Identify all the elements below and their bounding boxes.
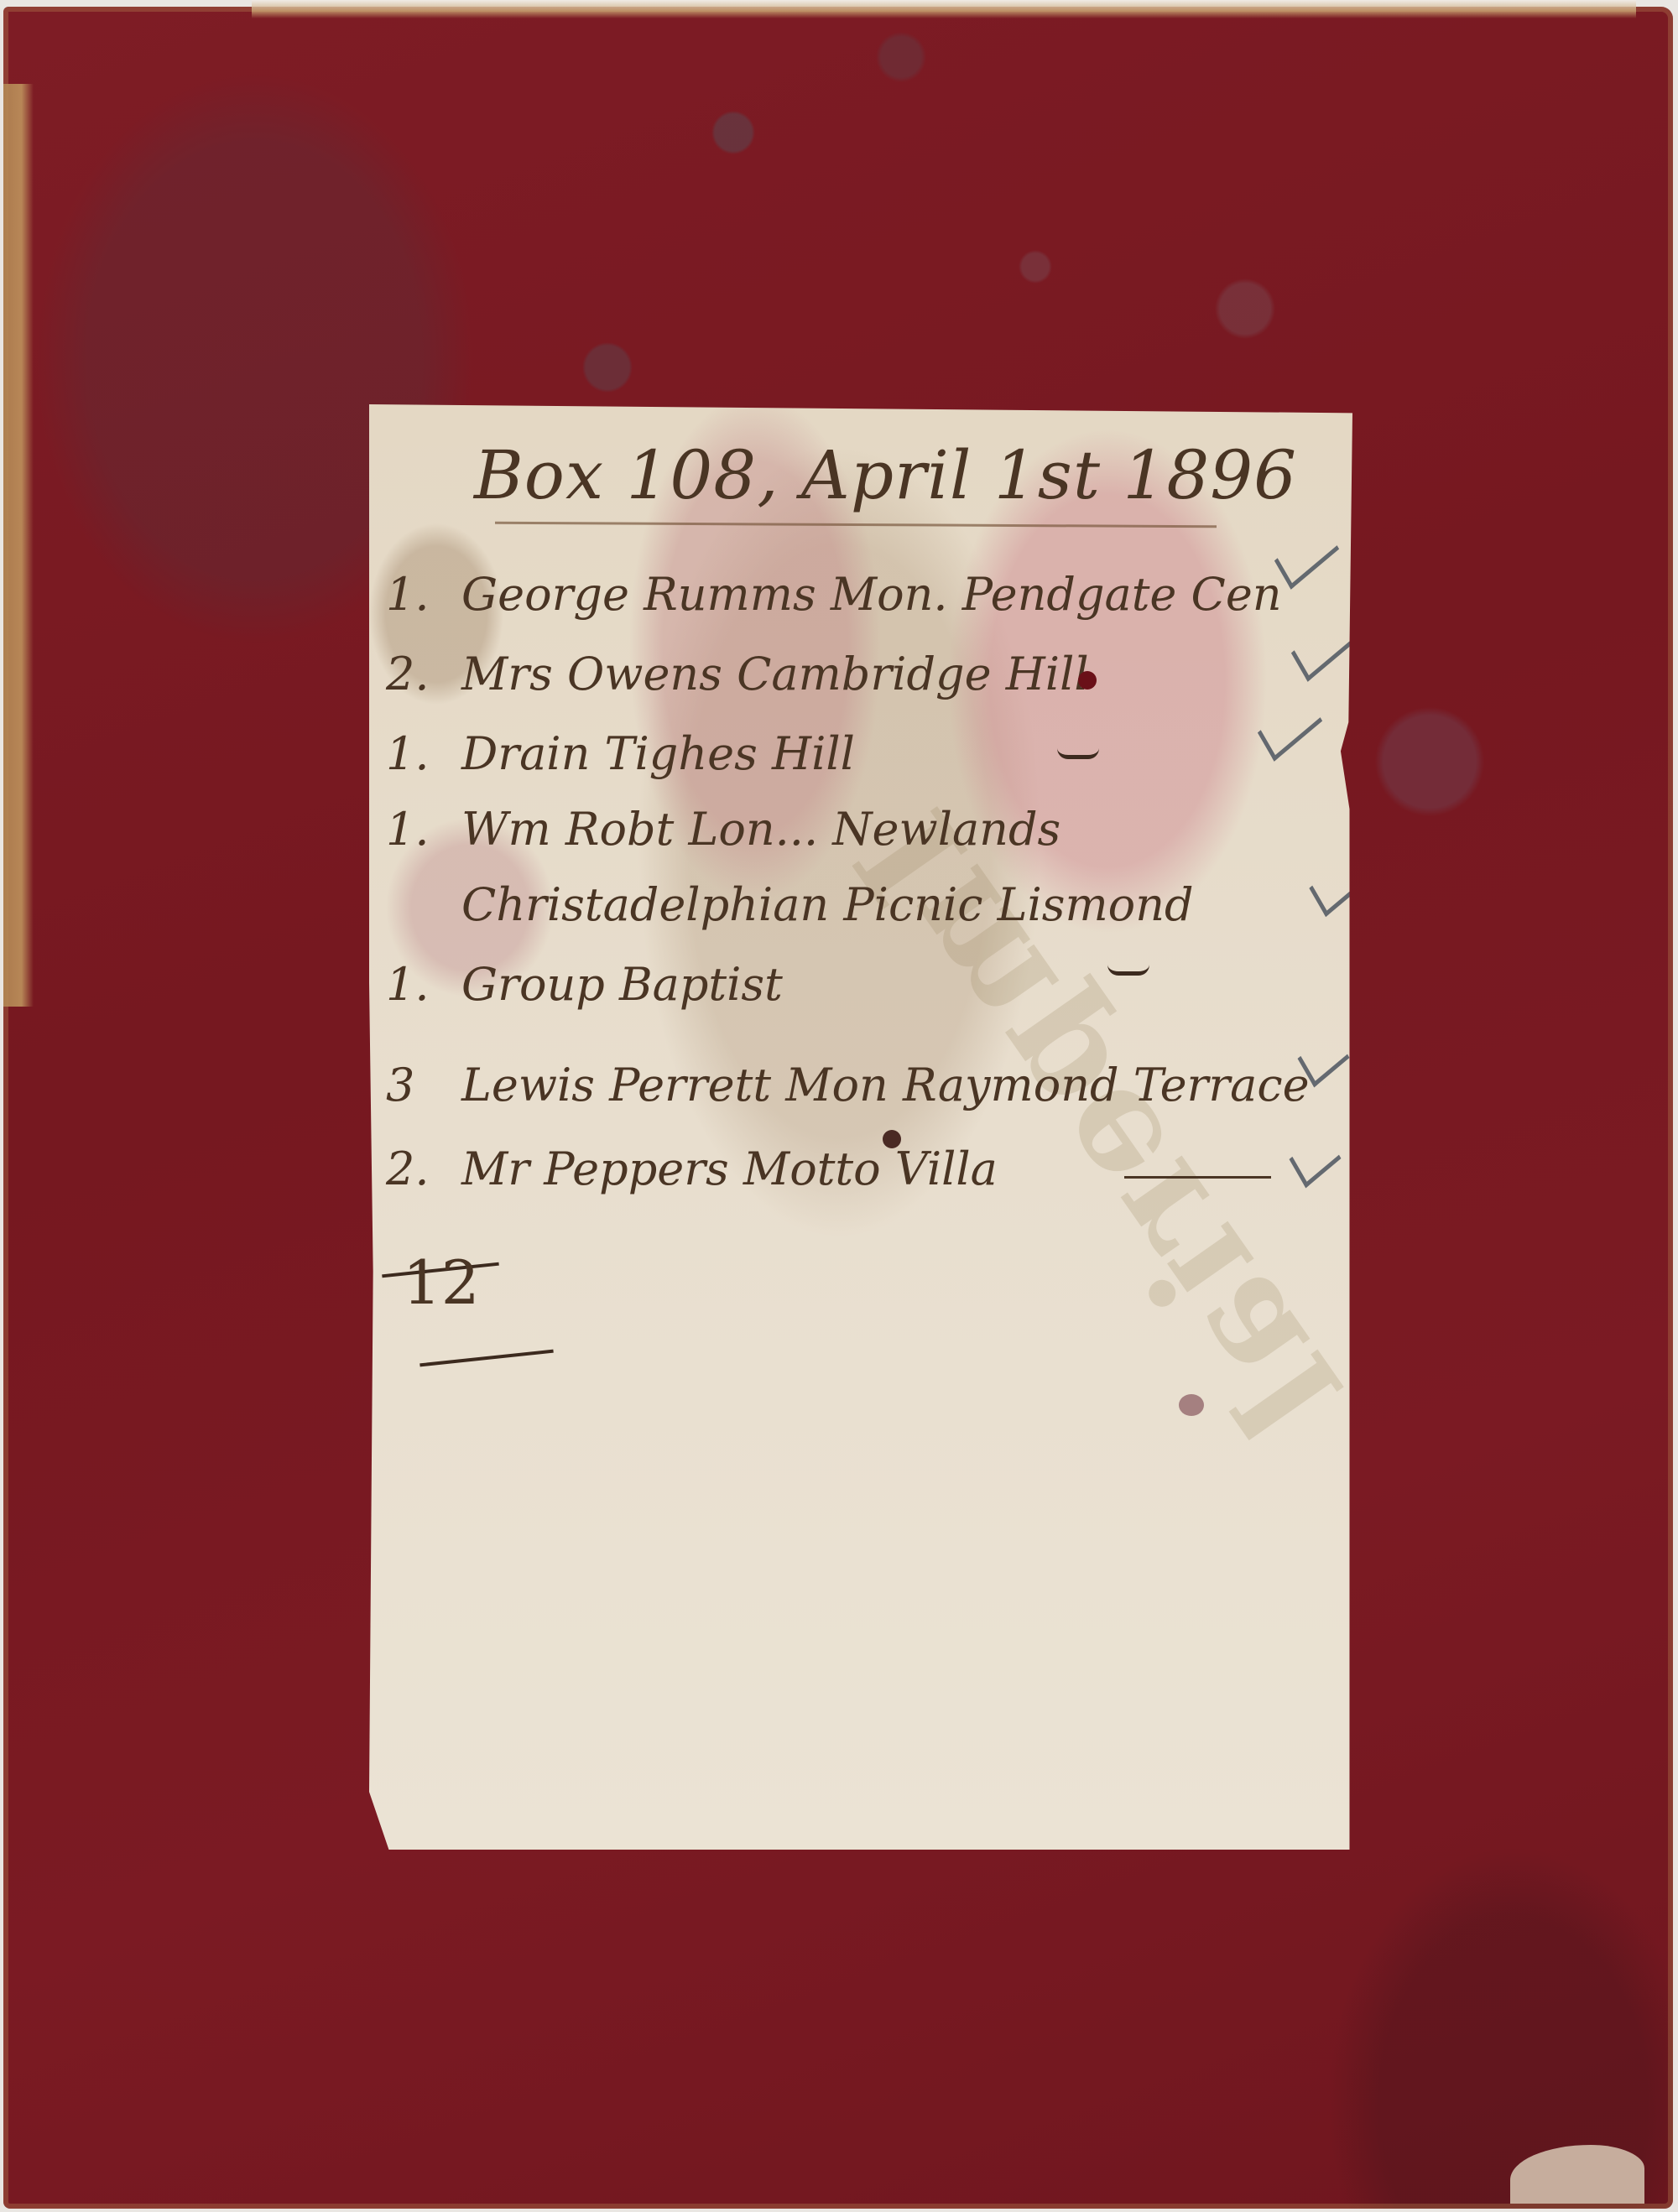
entry-qty: 1.: [386, 958, 461, 1011]
checkmark-icon: [1274, 520, 1339, 590]
paper-label: Imperial Box 108, April 1st 1896 1.Georg…: [369, 404, 1352, 1850]
entry-row: 1.George Rumms Mon. Pendgate Cen: [386, 568, 1282, 621]
checkmark-icon: [1290, 1130, 1342, 1189]
entry-text: Mrs Owens Cambridge Hill: [461, 648, 1089, 700]
ditto-mark: [1057, 748, 1099, 759]
entry-row: 1.Wm Robt Lon... Newlands: [386, 803, 1060, 856]
entry-qty: 1.: [386, 727, 461, 780]
entry-text: George Rumms Mon. Pendgate Cen: [461, 568, 1282, 621]
entry-text: Lewis Perrett Mon Raymond Terrace: [461, 1059, 1310, 1111]
checkmark-icon: [1258, 692, 1322, 762]
entry-text: Group Baptist: [461, 958, 783, 1011]
worn-edge-top: [252, 0, 1636, 18]
entry-qty: 2.: [386, 648, 461, 700]
checkmark-icon: [1291, 612, 1356, 682]
total-count: 12: [403, 1247, 480, 1318]
ditto-mark: [1107, 965, 1149, 976]
label-title: Box 108, April 1st 1896: [474, 436, 1297, 514]
entry-text: Drain Tighes Hill: [461, 727, 855, 780]
total-rule-bottom: [419, 1350, 554, 1367]
entry-row: 3Lewis Perrett Mon Raymond Terrace: [386, 1059, 1310, 1111]
fill-line: [1124, 1176, 1271, 1179]
title-underline: [495, 522, 1217, 528]
entry-row: 2.Mrs Owens Cambridge Hill: [386, 648, 1089, 700]
entry-row: 1.Drain Tighes Hill: [386, 727, 855, 780]
checkmark-icon: [1309, 864, 1354, 917]
entry-row: 1.Group Baptist: [386, 958, 783, 1011]
entry-qty: 3: [386, 1059, 461, 1111]
entry-row: 2.Mr Peppers Motto Villa: [386, 1142, 998, 1195]
entry-text: Christadelphian Picnic Lismond: [461, 878, 1194, 931]
entry-qty: 2.: [386, 1142, 461, 1195]
entry-qty: 1.: [386, 568, 461, 621]
entry-qty: 1.: [386, 803, 461, 856]
ink-blot: [1078, 671, 1097, 690]
stain-spot: [1179, 1394, 1204, 1416]
entry-text: Mr Peppers Motto Villa: [461, 1142, 998, 1195]
worn-edge-left: [3, 84, 34, 1007]
entry-text: Wm Robt Lon... Newlands: [461, 803, 1060, 856]
entry-row: Christadelphian Picnic Lismond: [461, 878, 1194, 931]
